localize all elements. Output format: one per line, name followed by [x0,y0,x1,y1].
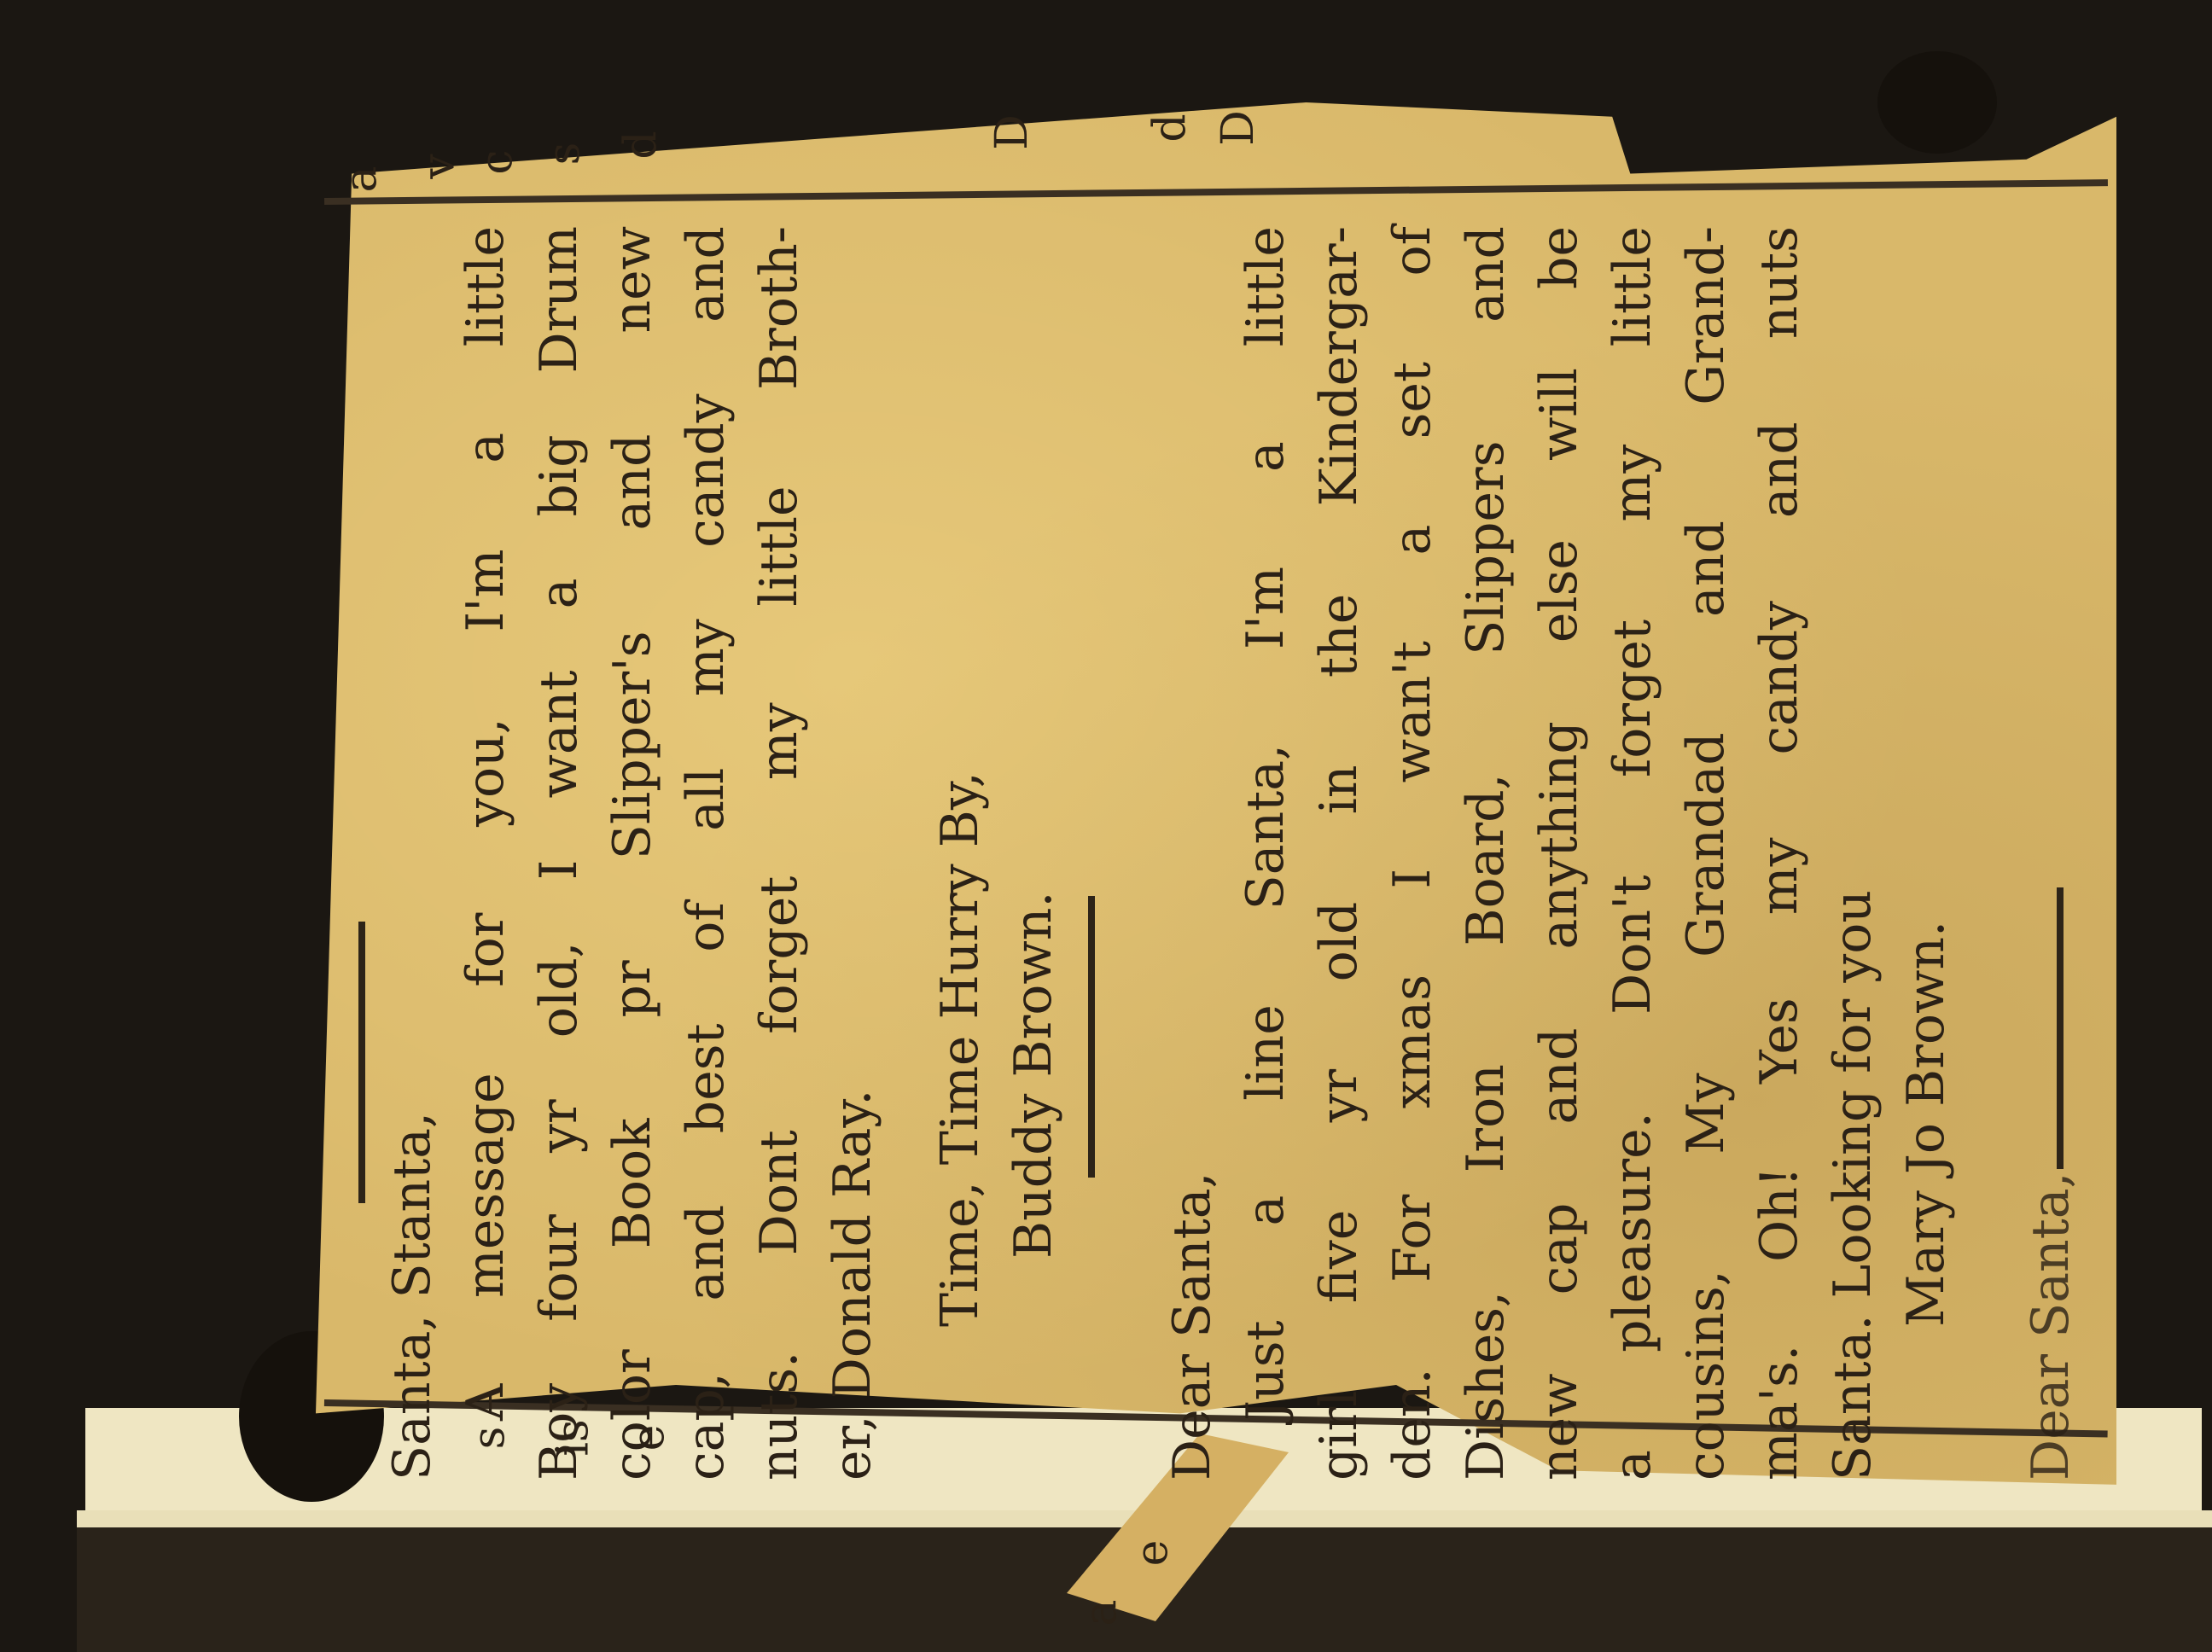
letter-line: ma's.Oh!Yesmycandyandnuts [1743,226,1816,1480]
clipping-text: Santa, Stanta, Amessageforyou,I'malittle… [375,226,2125,1480]
letter-line: apleasure.Don'tforgetmylittle [1596,226,1669,1480]
letter-line: colorBookprSlipper'sandnew [596,226,669,1480]
edge-fragment: c [472,149,523,174]
letter-line: JustalineSanta,I'malittle [1229,226,1302,1480]
letter-line: den.ForxmasIwan'tasetof [1376,226,1449,1480]
closing: Time, Time Hurry By, [923,226,997,1480]
salutation: Dear Santa, [1155,226,1229,1480]
edge-fragment: e [1126,1540,1178,1567]
letter-line: Amessageforyou,I'malittle [449,226,522,1480]
edge-fragment: a [1076,1599,1127,1626]
edge-fragment: D [987,114,1038,150]
edge-fragment: d [616,131,667,159]
edge-fragment: a [336,166,387,192]
next-letter-fragment: Dear Santa, [2014,226,2087,1480]
letter-line: Dishes,IronBoard,Slippersand [1449,226,1522,1480]
letter-line: girlfiveyroldintheKindergar- [1302,226,1376,1480]
edge-fragment: s [463,1427,515,1450]
edge-fragment: v [414,154,465,178]
edge-fragment: e [623,1425,674,1451]
edge-fragment: D [1213,110,1264,146]
letter-line: er, Donald Ray. [816,226,889,1480]
letter-divider-top [358,922,365,1203]
letter-line: cousins,MyGrandadandGrand- [1669,226,1743,1480]
dark-shape [1877,51,1997,154]
letter-line: Boyfouryrold,IwantabigDrum [522,226,596,1480]
edge-fragment: s [538,143,590,166]
signature: Buddy Brown. [997,226,1070,1480]
edge-fragment: d [1145,113,1196,142]
letter-line: cap,andbestofallmycandyand [669,226,742,1480]
letter-line: nuts.DontforgetmylittleBroth- [742,226,816,1480]
letter-line: Santa. Looking for you [1816,226,1889,1480]
signature: Mary Jo Brown. [1889,226,1963,1480]
salutation: Santa, Stanta, [375,226,449,1480]
letter-line: newcapandanythingelsewillbe [1522,226,1596,1480]
edge-fragment: is [548,1419,599,1456]
